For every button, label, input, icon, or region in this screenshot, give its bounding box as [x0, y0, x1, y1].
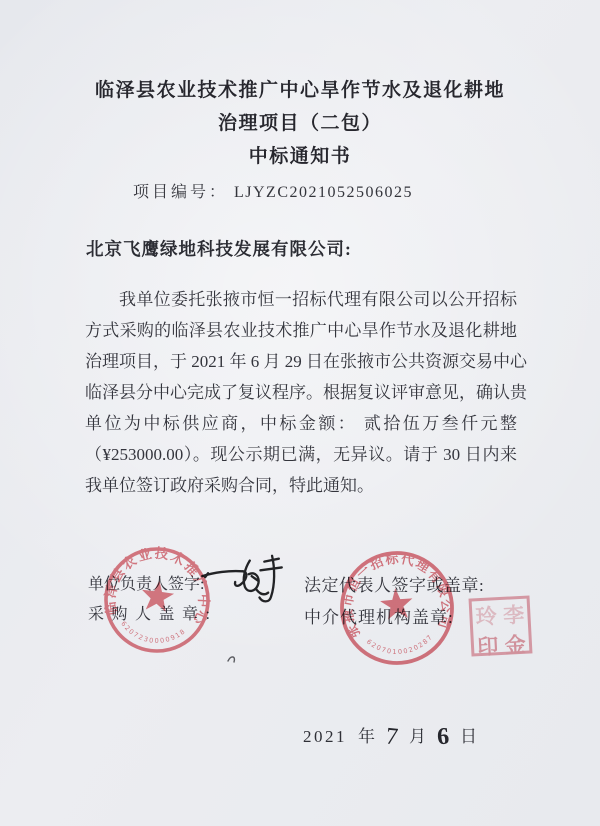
square-seal-char: 印 — [473, 630, 502, 661]
date-year: 2021 — [303, 727, 347, 747]
body-line: （¥253000.00）。现公示期已满，无异议。请于 30 日内来 — [85, 439, 517, 470]
title-line-1: 临泽县农业技术推广中心旱作节水及退化耕地 — [0, 74, 600, 107]
body-line: 我单位委托张掖市恒一招标代理有限公司以公开招标 — [85, 284, 517, 315]
notice-body: 我单位委托张掖市恒一招标代理有限公司以公开招标 方式采购的临泽县农业技术推广中心… — [85, 284, 517, 501]
project-number-value: LJYZC2021052506025 — [234, 184, 413, 201]
project-number-line: 项目编号：LJYZC2021052506025 — [0, 179, 573, 202]
agency-round-seal: 张掖市恒一招标代理有限公司 6207010020287 — [321, 532, 473, 684]
body-line: 我单位签订政府采购合同，特此通知。 — [85, 470, 517, 501]
title-line-2: 治理项目（二包） — [0, 107, 600, 140]
document-title: 临泽县农业技术推广中心旱作节水及退化耕地 治理项目（二包） 中标通知书 — [0, 74, 600, 173]
square-seal-char: 金 — [501, 629, 530, 660]
project-number-label: 项目编号： — [133, 184, 228, 201]
body-line: 方式采购的临泽县农业技术推广中心旱作节水及退化耕地 — [85, 315, 517, 346]
purchaser-seal-code: 6207230000918 — [117, 619, 188, 649]
square-seal-char: 李 — [499, 599, 528, 630]
date-month-handwritten: 7 — [385, 726, 399, 747]
title-line-3: 中标通知书 — [0, 140, 600, 173]
purchaser-round-seal: 临泽县农业技术推广中心 6207230000918 — [85, 528, 230, 673]
date-day-handwritten: 6 — [436, 727, 449, 748]
body-line: 单位为中标供应商，中标金额： 贰拾伍万叁仟元整 — [85, 408, 517, 439]
date-month-suffix: 月 — [409, 722, 426, 747]
svg-text:6207230000918: 6207230000918 — [117, 619, 188, 649]
date-day-suffix: 日 — [460, 722, 477, 747]
date-year-suffix: 年 — [358, 722, 375, 747]
seal-star — [140, 578, 176, 612]
body-line: 临泽县分中心完成了复议程序。根据复议评审意见，确认贵 — [85, 377, 517, 408]
seal-star — [379, 587, 414, 620]
ink-smudge-mark — [226, 652, 240, 666]
personal-name-square-seal: 玲 李 印 金 — [469, 595, 533, 656]
recipient-company: 北京飞鹰绿地科技发展有限公司: — [86, 236, 352, 261]
square-seal-char: 玲 — [472, 600, 501, 631]
body-line: 治理项目，于 2021 年 6 月 29 日在张掖市公共资源交易中心 — [85, 346, 517, 377]
issue-date: 2021 年 7 月 6 日 — [303, 722, 477, 747]
bid-award-notice-page: 临泽县农业技术推广中心旱作节水及退化耕地 治理项目（二包） 中标通知书 项目编号… — [0, 0, 600, 826]
